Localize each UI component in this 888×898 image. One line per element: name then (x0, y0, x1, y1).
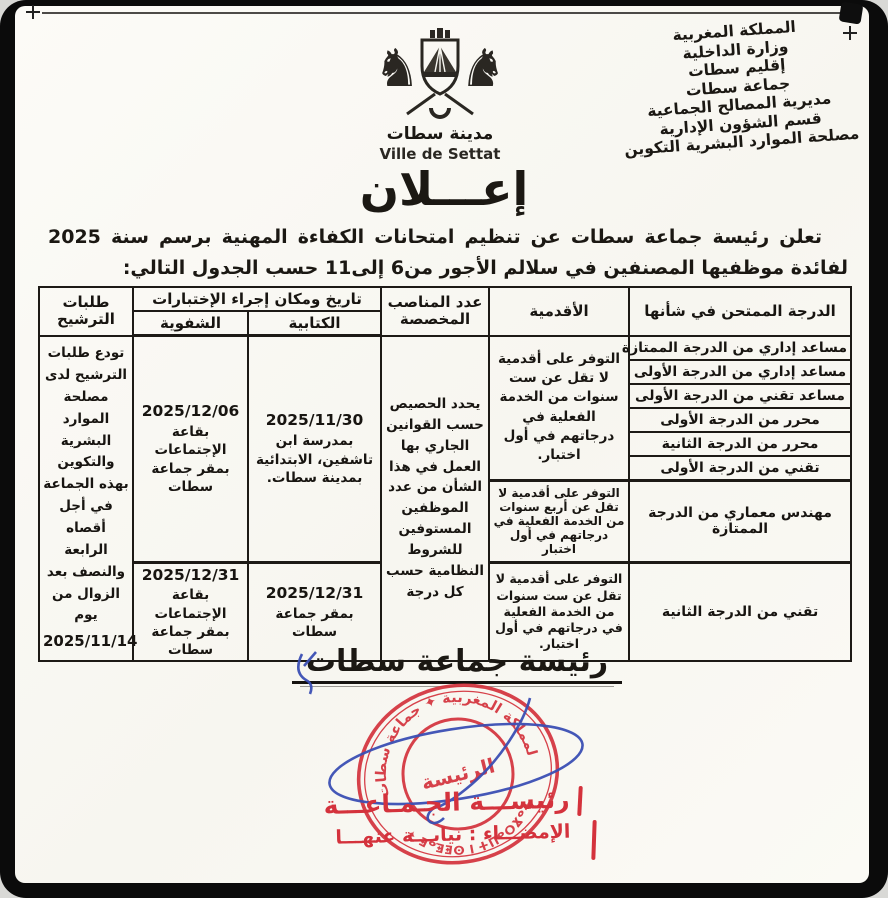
written-session2-date: 2025/12/31 (252, 583, 377, 604)
col-header-seniority: الأقدمية (489, 287, 629, 336)
col-header-applications: طلبات الترشيح (39, 287, 133, 336)
grade-cell: مهندس معماري من الدرجة الممتازة (629, 480, 851, 562)
oral-session2-date: 2025/12/31 (137, 565, 244, 586)
col-header-oral: الشفوية (133, 311, 248, 336)
grade-cell: مساعد إداري من الدرجة الممتازة (629, 336, 851, 360)
stamp-text-lines: رئيســـة الجـمـاعـــة الإمضـــاء : نيابـ… (307, 785, 571, 854)
col-header-positions: عدد المناصب المخصصة (381, 287, 489, 336)
oral-session1-place: بقاعة الإجتماعات بمقر جماعة سطات (151, 424, 229, 495)
written-session1-cell: 2025/11/30 بمدرسة ابن تاشفين، الابتدائية… (248, 336, 381, 563)
city-name-french: Ville de Settat (360, 145, 520, 163)
applications-deadline: 2025/11/14 (43, 629, 129, 653)
grade-cell: محرر من الدرجة الثانية (629, 432, 851, 456)
applications-text: تودع طلبات الترشيح لدى مصلحة الموارد الب… (43, 345, 128, 623)
svg-text:♞: ♞ (377, 39, 420, 99)
positions-cell: يحدد الحصيص حسب القوانين الجاري بها العم… (381, 336, 489, 662)
col-header-grade: الدرجة الممتحن في شأنها (629, 287, 851, 336)
grade-cell: مساعد تقني من الدرجة الأولى (629, 384, 851, 408)
seniority-six-years-cell: التوفر على أقدمية لا تقل عن ست سنوات من … (489, 336, 629, 481)
oral-session2-place: بقاعة الإجتماعات بمقر جماعة سطات (151, 587, 229, 658)
col-header-exams-group: تاريخ ومكان إجراء الإختبارات (133, 287, 381, 311)
oral-session1-cell: 2025/12/06 بقاعة الإجتماعات بمقر جماعة س… (133, 336, 248, 563)
seniority-four-years-cell: التوفر على أقدمية لا تقل عن أربع سنوات م… (489, 480, 629, 562)
grade-cell: تقني من الدرجة الثانية (629, 562, 851, 661)
col-header-written: الكتابية (248, 311, 381, 336)
corner-mark-top-left (26, 5, 40, 19)
intro-paragraph: تعلن رئيسة جماعة سطات عن تنظيم امتحانات … (48, 222, 848, 284)
grade-cell: محرر من الدرجة الأولى (629, 408, 851, 432)
written-session1-place: بمدرسة ابن تاشفين، الابتدائية بمدينة سطا… (256, 433, 373, 485)
scanned-announcement-document: { "letterhead": { "right_lines": [ "المم… (0, 0, 888, 898)
inner-frame-line (42, 12, 840, 14)
announcement-title: إعـــلان (0, 162, 888, 216)
exam-schedule-table: الدرجة الممتحن في شأنها الأقدمية عدد الم… (38, 286, 852, 662)
applications-cell: تودع طلبات الترشيح لدى مصلحة الموارد الب… (39, 336, 133, 662)
grade-cell: تقني من الدرجة الأولى (629, 456, 851, 481)
city-logo-block: ♞ ♞ مدينة سطات Ville de Settat (360, 28, 520, 163)
coat-of-arms-icon: ♞ ♞ (377, 28, 503, 124)
stamp-role-line: رئيســـة الجـمـاعـــة (307, 785, 570, 822)
svg-text:♞: ♞ (460, 39, 503, 99)
written-session1-date: 2025/11/30 (252, 410, 377, 431)
letterhead-hierarchy: المملكة المغربية وزارة الداخلية إقليم سط… (608, 13, 868, 160)
written-session2-place: بمقر جماعة سطات (275, 606, 353, 640)
oral-session2-cell: 2025/12/31 بقاعة الإجتماعات بمقر جماعة س… (133, 562, 248, 661)
table-row: مساعد إداري من الدرجة الممتازة التوفر عل… (39, 336, 851, 360)
grade-cell: مساعد إداري من الدرجة الأولى (629, 360, 851, 384)
oral-session1-date: 2025/12/06 (137, 401, 244, 422)
city-name-arabic: مدينة سطات (360, 124, 520, 144)
